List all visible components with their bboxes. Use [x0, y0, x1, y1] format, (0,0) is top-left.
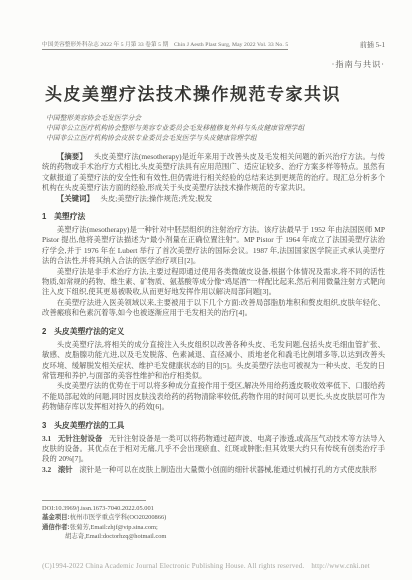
fund-label: 基金项目: — [42, 514, 70, 521]
subsection-3-2-text: 滚针是一种可以在皮肤上制造出大量微小创面的细针状器械,能通过机械打孔的方式使皮肤… — [79, 465, 376, 474]
abstract-paragraph: 【摘要】头皮美塑疗法(mesotherapy)是近年来用于改善头皮及毛发相关问题… — [42, 152, 385, 194]
subsection-3-2: 3.2滚针滚针是一种可以在皮肤上制造出大量微小创面的细针状器械,能通过机械打孔的… — [42, 465, 385, 475]
section-1-paragraph-3: 在美塑疗法进入医美领域以来,主要被用于以下几个方面:改善局部脂肪堆积和赘皮组织,… — [42, 298, 385, 319]
affiliation-line-1: 中国整形美容协会毛发医学分会 — [46, 114, 385, 124]
abstract-text: 头皮美塑疗法(mesotherapy)是近年来用于改善头皮及毛发相关问题的新兴治… — [42, 152, 385, 192]
affiliation-line-2: 中国非公立医疗机构协会整形与美容专业委员会毛发移植修复外科与头皮健康管理学组 — [46, 124, 385, 134]
footnote-divider — [42, 500, 146, 501]
corresponding-author-line-1: 通信作者:张菊芳,Email:zhjf@vip.sina.com; — [42, 523, 385, 533]
section-2-paragraph-2: 头皮美塑疗法的优势在于可以将多种成分直接作用于受区,解决外用给药透皮吸收效率低下… — [42, 381, 385, 412]
corresponding-author-line-2: 胡志奇,Email:doctorhzq@hotmail.com — [42, 532, 385, 542]
subsection-3-2-number: 3.2 — [42, 465, 51, 474]
corresponding-author-2: 胡志奇,Email:doctorhzq@hotmail.com — [65, 533, 166, 540]
abstract-label: 【摘要】 — [57, 152, 87, 161]
section-2-paragraph-1: 头皮美塑疗法,将相关的成分直接注入头皮组织以改善各种头皮、毛发问题,包括头皮毛细… — [42, 340, 385, 382]
corresponding-author-1: 张菊芳,Email:zhjf@vip.sina.com; — [70, 524, 158, 531]
section-1-paragraph-2: 美塑疗法是非手术治疗方法,主要过程即通过使用各类微破皮设备,根据个体情况及需求,… — [42, 267, 385, 298]
column-category-label: ·指南与共识· — [42, 59, 385, 70]
journal-page: 中国美容整形外科杂志 2022 年 5 月第 33 卷第 5 期 Chin J … — [0, 0, 412, 580]
subsection-3-1: 3.1无针注射设备无针注射设备是一类可以将药物通过超声波、电离子渗透,或高压气动… — [42, 434, 385, 465]
corresponding-author-label: 通信作者: — [42, 524, 70, 531]
section-3-heading: 3 头皮美塑疗法的工具 — [42, 420, 385, 431]
footnote-block: DOI:10.3969/j.issn.1673-7040.2022.05.001… — [42, 500, 385, 542]
fund-text: 杭州市医学重点学科(OO20200866) — [70, 514, 167, 521]
page-number-label: 前插 5-1 — [360, 40, 385, 50]
article-title: 头皮美塑疗法技术操作规范专家共识 — [45, 80, 385, 105]
page-content: 中国美容整形外科杂志 2022 年 5 月第 33 卷第 5 期 Chin J … — [0, 0, 412, 475]
page-header: 中国美容整形外科杂志 2022 年 5 月第 33 卷第 5 期 Chin J … — [42, 40, 385, 50]
subsection-3-2-term: 滚针 — [58, 465, 73, 474]
author-affiliations: 中国整形美容协会毛发医学分会 中国非公立医疗机构协会整形与美容专业委员会毛发移植… — [46, 114, 385, 144]
keywords-label: 【关键词】 — [57, 194, 94, 203]
section-2: 2 头皮美塑疗法的定义 头皮美塑疗法,将相关的成分直接注入头皮组织以改善各种头皮… — [42, 326, 385, 413]
doi-line: DOI:10.3969/j.issn.1673-7040.2022.05.001 — [42, 504, 385, 514]
keywords-text: 头皮;美塑疗法;操作规范;秃发;脱发 — [100, 194, 212, 203]
section-1-heading: 1 美塑疗法 — [42, 211, 385, 222]
section-3: 3 头皮美塑疗法的工具 3.1无针注射设备无针注射设备是一类可以将药物通过超声波… — [42, 420, 385, 476]
subsection-3-1-number: 3.1 — [42, 434, 51, 443]
fund-line: 基金项目:杭州市医学重点学科(OO20200866) — [42, 513, 385, 523]
section-1-paragraph-1: 美塑疗法(mesotherapy)是一种针对中胚层组织的注射治疗方法。该疗法最早… — [42, 225, 385, 267]
copyright-line: (C)1994-2022 China Academic Journal Elec… — [0, 560, 412, 570]
section-1: 1 美塑疗法 美塑疗法(mesotherapy)是一种针对中胚层组织的注射治疗方… — [42, 211, 385, 319]
keywords-paragraph: 【关键词】头皮;美塑疗法;操作规范;秃发;脱发 — [42, 194, 385, 204]
subsection-3-1-term: 无针注射设备 — [58, 434, 102, 443]
section-2-heading: 2 头皮美塑疗法的定义 — [42, 326, 385, 337]
affiliation-line-3: 中国非公立医疗机构协会皮肤专业委员会毛发医学与头皮健康管理学组 — [46, 134, 385, 144]
journal-citation: 中国美容整形外科杂志 2022 年 5 月第 33 卷第 5 期 Chin J … — [42, 40, 288, 50]
